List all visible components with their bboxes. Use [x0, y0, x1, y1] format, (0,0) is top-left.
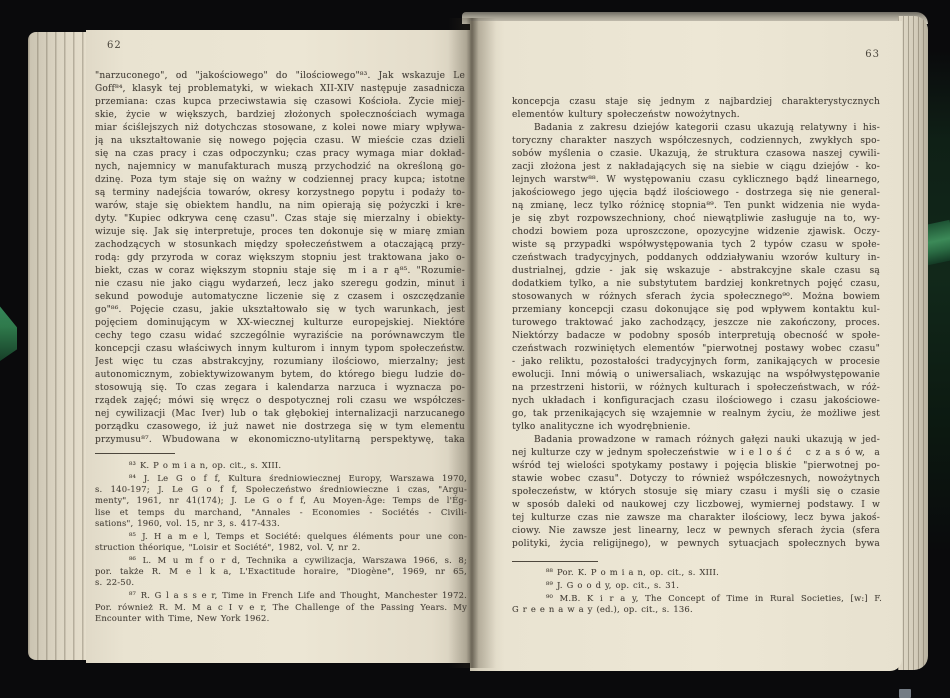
text-line: dzinę. Poza tym staje się on ważny w cod… — [95, 174, 465, 187]
text-line: zacji złożona jest z nakładających się n… — [512, 161, 880, 174]
text-line: nych, najemnicy w manufakturach muszą pr… — [95, 161, 465, 174]
text-line: stosowują się. To czas zegara i kalendar… — [95, 382, 465, 395]
text-line: zachodzących w stosunkach między społecz… — [95, 239, 465, 252]
background-gray-chip — [899, 689, 911, 698]
text-line: toryczny charakter naszych współczesnych… — [512, 135, 880, 148]
footnote-line: ⁸⁴ J. Le G o f f, Kultura średniowieczne… — [95, 473, 467, 484]
text-line: sekund powoduje automatyczne liczenie si… — [95, 291, 465, 304]
page-63-footnotes: ⁸⁸ Por. K. P o m i a n, op. cit., s. XII… — [512, 567, 882, 615]
text-line: je się zbyt rozpowszechniony, choć niewą… — [512, 213, 880, 226]
footnote-line: ⁸⁷ R. G l a s s e r, Time in French Life… — [95, 590, 467, 601]
footnote-line: ⁸⁹ J. G o o d y, op. cit., s. 31. — [512, 580, 882, 591]
text-line: elementów kultury społeczeństw nowożytny… — [512, 109, 880, 122]
text-line: tej kulturze czas nie zawsze ma charakte… — [512, 512, 880, 525]
text-line: nej cywilizacji (Mac Iver) lub o tak głę… — [95, 408, 465, 421]
text-line: przymusu⁸⁷. Wbudowana w ekonomiczno-utyl… — [95, 434, 465, 447]
text-line: rodą: gdy przyroda w coraz większym stop… — [95, 252, 465, 265]
text-line: "narzuconego", od "jakościowego" do "ilo… — [95, 70, 465, 83]
text-line: dustrialnej, gdzie - jak się wskazuje - … — [512, 265, 880, 278]
footnote-line: ⁸³ K. P o m i a n, op. cit., s. XIII. — [95, 460, 467, 471]
text-line: wiste są przypadki współwystępowania tyc… — [512, 239, 880, 252]
background-green-ribbon-left — [0, 303, 17, 361]
text-line: ewolucji. Inni mówią o uniwersaliach, ws… — [512, 369, 880, 382]
page-62-body-text: "narzuconego", od "jakościowego" do "ilo… — [95, 70, 465, 447]
footnote-line: G r e e n a w a y (ed.), op. cit., s. 13… — [512, 604, 882, 615]
text-line: jakościowego jego ujęcia bądź ilościoweg… — [512, 187, 880, 200]
footnote-line: por. także R. M e l k a, L'Exactitude ho… — [95, 566, 467, 577]
text-line: Goff⁸⁴, klasyk tej problematyki, w wieka… — [95, 83, 465, 96]
footnote-line: menty", 1961, nr 41(174); J. Le G o f f,… — [95, 495, 467, 506]
text-line: przemiana: czas kupca przeciwstawia się … — [95, 96, 465, 109]
text-line: ją na ukształtowanie się nowego pojęcia … — [95, 135, 465, 148]
text-line: rządek zajęć; mówi się wręcz o despotycz… — [95, 395, 465, 408]
text-line: chodzi bowiem poza uproszczone, opozycyj… — [512, 226, 880, 239]
text-line: porządku czasowego, iż już nawet nie dos… — [95, 421, 465, 434]
text-line: dyty. "Kupiec odkrywa cenę czasu". Czas … — [95, 213, 465, 226]
text-line: tylko analityczne ich wyodrębnienie. — [512, 421, 880, 434]
text-line: stawie wobec czasu". Dotyczy to również … — [512, 473, 880, 486]
footnote-line: ⁸⁸ Por. K. P o m i a n, op. cit., s. XII… — [512, 567, 882, 578]
text-line: są terminy nadejścia towarów, okresy kor… — [95, 187, 465, 200]
text-line: nie czasu nie jako ciągu wydarzeń, lecz … — [95, 278, 465, 291]
left-page-fore-edge — [28, 32, 90, 660]
page-62-footnotes: ⁸³ K. P o m i a n, op. cit., s. XIII.⁸⁴ … — [95, 460, 467, 624]
footnote-line: Encounter with Time, New York 1962. — [95, 613, 467, 624]
text-line: koncepcja czasu staje się jednym z najba… — [512, 96, 880, 109]
footnote-line: Por. również R. M. M a c I v e r, The Ch… — [95, 602, 467, 613]
footnote-line: sations", 1960, vol. 15, nr 3, s. 417-43… — [95, 518, 467, 529]
text-line: czeństwach tradycyjnych, poddanych oddzi… — [512, 252, 880, 265]
text-line: Badania prowadzone w ramach różnych gałę… — [512, 434, 880, 447]
text-line: nej kulturze czy w jednym społeczeństwie… — [512, 447, 880, 460]
footnote-line: s. 22-50. — [95, 577, 467, 588]
page-62-footnote-rule — [95, 453, 175, 454]
page-number-63: 63 — [845, 49, 880, 60]
footnote-line: s. 140-197; J. Le G o f f, Społeczeństwo… — [95, 484, 467, 495]
text-line: polityki, życia religijnego), w pewnych … — [512, 538, 880, 551]
text-line: na przestrzeni historii, w różnych kultu… — [512, 382, 880, 395]
text-line: stosowanych w różnych sferach życia społ… — [512, 291, 880, 304]
footnote-line: ⁹⁰ M.B. K i r a y, The Concept of Time i… — [512, 593, 882, 604]
text-line: miar ściślejszych niż dotychczas stosowa… — [95, 122, 465, 135]
page-63-body-text: koncepcja czasu staje się jednym z najba… — [512, 96, 880, 551]
text-line: nych układach i konfiguracjach czasu ilo… — [512, 395, 880, 408]
text-line: w sposób daleki od naukowej czy liczbowe… — [512, 499, 880, 512]
text-line: go"⁸⁶. Pojęcie czasu, jakie ukształtował… — [95, 304, 465, 317]
text-line: się na czas pracy i czas odpoczynku; cza… — [95, 148, 465, 161]
right-page-fore-edge — [898, 16, 928, 670]
page-number-62: 62 — [107, 40, 122, 51]
text-line: czeństwach rozwiniętych elementów "pierw… — [512, 343, 880, 356]
text-line: skie, życie w większych, bardziej złożon… — [95, 109, 465, 122]
text-line: lejnych warstw⁸⁸. W występowaniu czasu c… — [512, 174, 880, 187]
footnote-line: struction théorique, "Loisir et Société"… — [95, 542, 467, 553]
book-scan-photo: { "colors": { "backdrop": "#0a0a0c", "pa… — [0, 0, 950, 698]
text-line: przemiany koncepcji czasu dokonujące się… — [512, 304, 880, 317]
text-line: sobów myślenia o czasie. Ukazują, że str… — [512, 148, 880, 161]
text-line: ciowy. Nie zawsze jest linearny, lecz w … — [512, 525, 880, 538]
text-line: wizuje się. Jak się interpretuje, proces… — [95, 226, 465, 239]
text-line: ną zmianę, lecz tylko różnicę stopnia⁸⁹.… — [512, 200, 880, 213]
text-line: dodatkiem tylko, a nie substytutem bardz… — [512, 278, 880, 291]
page-63-footnote-rule — [512, 561, 598, 562]
text-line: turowego traktować jako zachodzący, jesz… — [512, 317, 880, 330]
footnote-line: ⁸⁶ L. M u m f o r d, Technika a cywiliza… — [95, 555, 467, 566]
text-line: - jako reliktu, pozostałości tradycyjnyc… — [512, 356, 880, 369]
text-line: warów, staje się obiektem handlu, na nim… — [95, 200, 465, 213]
text-line: społeczeństw, w których stosuje się miar… — [512, 486, 880, 499]
footnote-line: lise et temps du marchand, "Annales - Ec… — [95, 507, 467, 518]
text-line: cechy tego czasu widać szczególnie wyraz… — [95, 330, 465, 343]
text-line: Badania z zakresu dziejów kategorii czas… — [512, 122, 880, 135]
text-line: wśród tej wielości spotykamy postawy i p… — [512, 460, 880, 473]
text-line: Niektórzy badacze w podobny sposób inter… — [512, 330, 880, 343]
text-line: go, tak przenikających się wzajemnie w r… — [512, 408, 880, 421]
text-line: koncepcji czasu właściwych innym kulturo… — [95, 343, 465, 356]
text-line: autonomicznym, zobiektywizowanym bytem, … — [95, 369, 465, 382]
text-line: pojęciem dominującym w XX-wiecznej kultu… — [95, 317, 465, 330]
footnote-line: ⁸⁵ J. H a m e l, Temps et Société: quelq… — [95, 531, 467, 542]
text-line: biekt, czas w coraz większym stopniu sta… — [95, 265, 465, 278]
text-line: Jest więc tu czas abstrakcyjny, rozumian… — [95, 356, 465, 369]
